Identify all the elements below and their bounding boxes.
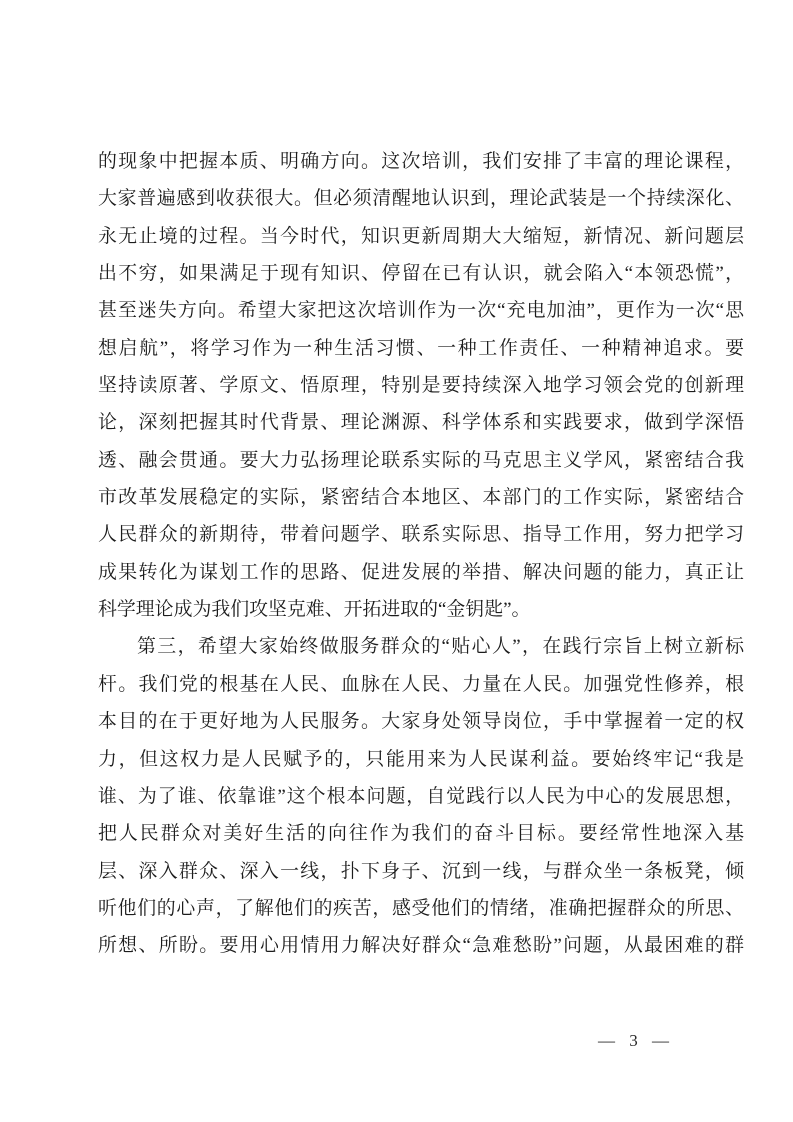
text-line: 科学理论成为我们攻坚克难、开拓进取的“金钥匙”。	[98, 591, 744, 628]
document-body: 的现象中把握本质、明确方向。这次培训，我们安排了丰富的理论课程，大家普遍感到收获…	[98, 143, 744, 965]
text-line: 大家普遍感到收获很大。但必须清醒地认识到，理论武装是一个持续深化、	[98, 180, 744, 217]
text-line: 第三，希望大家始终做服务群众的“贴心人”，在践行宗旨上树立新标	[98, 628, 744, 665]
text-line: 听他们的心声，了解他们的疾苦，感受他们的情绪，准确把握群众的所思、	[98, 890, 744, 927]
text-line: 所想、所盼。要用心用情用力解决好群众“急难愁盼”问题，从最困难的群	[98, 927, 744, 964]
text-line: 谁、为了谁、依靠谁”这个根本问题，自觉践行以人民为中心的发展思想，	[98, 778, 744, 815]
text-line: 人民群众的新期待，带着问题学、联系实际思、指导工作用，努力把学习	[98, 516, 744, 553]
text-line: 出不穷，如果满足于现有知识、停留在已有认识，就会陷入“本领恐慌”，	[98, 255, 744, 292]
text-line: 坚持读原著、学原文、悟原理，特别是要持续深入地学习领会党的创新理	[98, 367, 744, 404]
text-line: 杆。我们党的根基在人民、血脉在人民、力量在人民。加强党性修养，根	[98, 666, 744, 703]
text-line: 市改革发展稳定的实际，紧密结合本地区、本部门的工作实际，紧密结合	[98, 479, 744, 516]
text-line: 把人民群众对美好生活的向往作为我们的奋斗目标。要经常性地深入基	[98, 815, 744, 852]
text-line: 想启航”，将学习作为一种生活习惯、一种工作责任、一种精神追求。要	[98, 330, 744, 367]
text-line: 永无止境的过程。当今时代，知识更新周期大大缩短，新情况、新问题层	[98, 218, 744, 255]
text-line: 论，深刻把握其时代背景、理论渊源、科学体系和实践要求，做到学深悟	[98, 404, 744, 441]
text-line: 力，但这权力是人民赋予的，只能用来为人民谋利益。要始终牢记“我是	[98, 741, 744, 778]
text-line: 层、深入群众、深入一线，扑下身子、沉到一线，与群众坐一条板凳，倾	[98, 853, 744, 890]
document-page: 的现象中把握本质、明确方向。这次培训，我们安排了丰富的理论课程，大家普遍感到收获…	[0, 0, 793, 1122]
text-line: 透、融会贯通。要大力弘扬理论联系实际的马克思主义学风，紧密结合我	[98, 442, 744, 479]
page-number: — 3 —	[598, 1031, 671, 1051]
text-line: 本目的在于更好地为人民服务。大家身处领导岗位，手中掌握着一定的权	[98, 703, 744, 740]
text-line: 的现象中把握本质、明确方向。这次培训，我们安排了丰富的理论课程，	[98, 143, 744, 180]
text-line: 成果转化为谋划工作的思路、促进发展的举措、解决问题的能力，真正让	[98, 554, 744, 591]
text-line: 甚至迷失方向。希望大家把这次培训作为一次“充电加油”，更作为一次“思	[98, 292, 744, 329]
